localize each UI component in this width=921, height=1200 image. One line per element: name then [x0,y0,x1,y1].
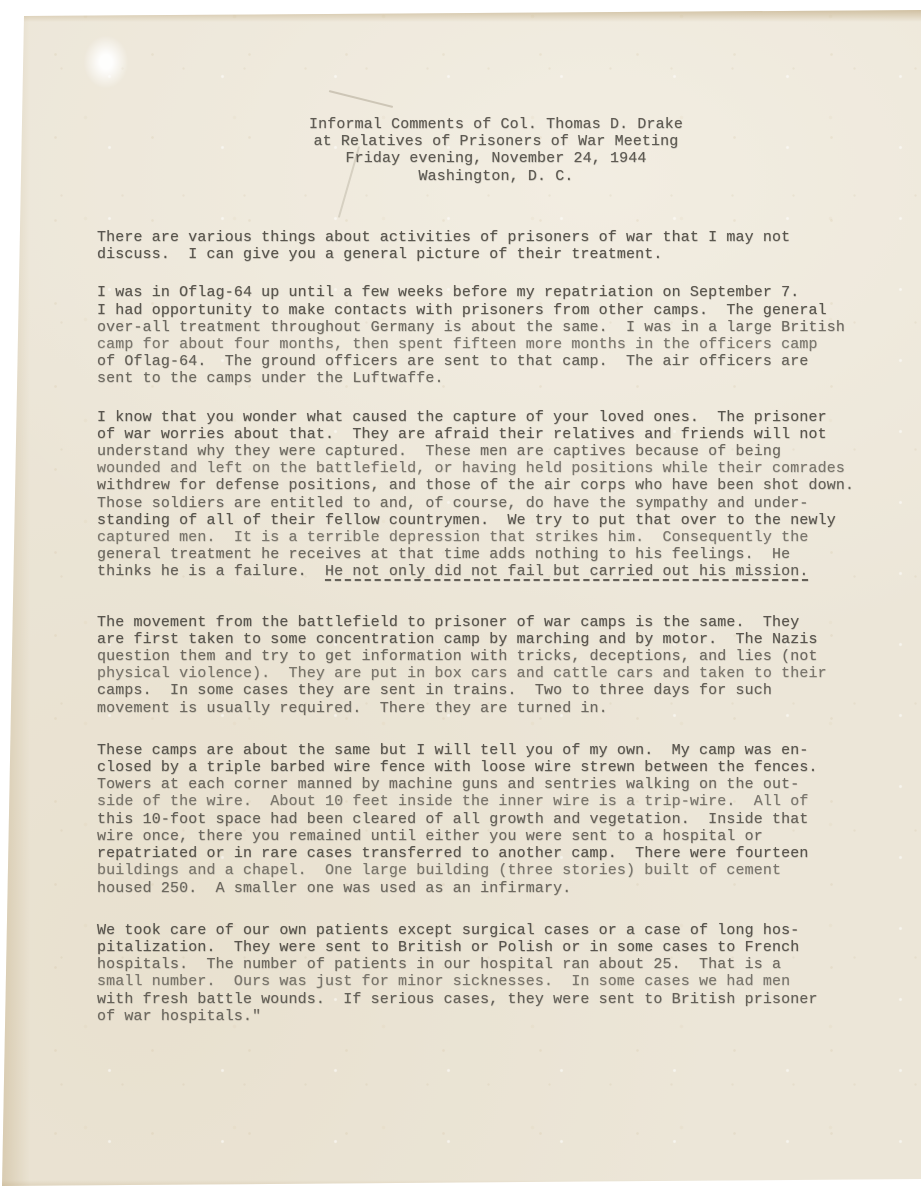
text-line: Towers at each corner manned by machine … [97,776,887,793]
text-line: I had opportunity to make contacts with … [97,302,887,319]
text-line: understand why they were captured. These… [97,443,887,460]
paper-sheet: Informal Comments of Col. Thomas D. Drak… [0,0,921,1200]
title-line: Informal Comments of Col. Thomas D. Drak… [135,116,857,133]
text-line: standing of all of their fellow countrym… [97,512,887,529]
text-line: hospitals. The number of patients in our… [97,956,887,973]
text-line: housed 250. A smaller one was used as an… [97,880,887,897]
text-line: are first taken to some concentration ca… [97,631,887,648]
text-line: discuss. I can give you a general pictur… [97,246,887,263]
paper-bottom-edge-shadow [0,1180,921,1192]
title-line: Friday evening, November 24, 1944 [135,150,857,167]
text-line: captured men. It is a terrible depressio… [97,529,887,546]
text-line: The movement from the battlefield to pri… [97,614,887,631]
text-line: I know that you wonder what caused the c… [97,409,887,426]
title-line: at Relatives of Prisoners of War Meeting [135,133,857,150]
text-line: of war worries about that. They are afra… [97,426,887,443]
text-line: this 10-foot space had been cleared of a… [97,811,887,828]
title-line: Washington, D. C. [135,168,857,185]
text-line: camp for about four months, then spent f… [97,336,887,353]
text-line: over-all treatment throughout Germany is… [97,319,887,336]
paragraph: There are various things about activitie… [97,229,887,263]
text-line: camps. In some cases they are sent in tr… [97,682,887,699]
text-line: with fresh battle wounds. If serious cas… [97,991,887,1008]
text-line: withdrew for defense positions, and thos… [97,477,887,494]
paragraph: We took care of our own patients except … [97,922,887,1025]
text-line: repatriated or in rare cases transferred… [97,845,887,862]
text-line: question them and try to get information… [97,648,887,665]
scan-scratch-artifact [329,90,393,107]
paragraph: These camps are about the same but I wil… [97,742,887,897]
text-line: wire once, there you remained until eith… [97,828,887,845]
text-line: These camps are about the same but I wil… [97,742,887,759]
underlined-text: He not only did not fail but carried out… [325,563,808,580]
document-title: Informal Comments of Col. Thomas D. Drak… [97,116,857,185]
paragraph: I know that you wonder what caused the c… [97,409,887,581]
text-line: side of the wire. About 10 feet inside t… [97,793,887,810]
paragraph: The movement from the battlefield to pri… [97,614,887,717]
text-line: pitalization. They were sent to British … [97,939,887,956]
text-line: general treatment he receives at that ti… [97,546,887,563]
paragraph: I was in Oflag-64 up until a few weeks b… [97,284,887,387]
text-line: physical violence). They are put in box … [97,665,887,682]
scan-white-spot-artifact [84,36,128,88]
text-line: closed by a triple barbed wire fence wit… [97,759,887,776]
text-line: I was in Oflag-64 up until a few weeks b… [97,284,887,301]
text-line: sent to the camps under the Luftwaffe. [97,370,887,387]
text-line: buildings and a chapel. One large buildi… [97,862,887,879]
text-segment: thinks he is a failure. [97,563,325,580]
scanned-page: Informal Comments of Col. Thomas D. Drak… [0,0,921,1200]
text-line: Those soldiers are entitled to and, of c… [97,495,887,512]
text-line: There are various things about activitie… [97,229,887,246]
text-line: small number. Ours was just for minor si… [97,973,887,990]
text-line: We took care of our own patients except … [97,922,887,939]
text-line: thinks he is a failure. He not only did … [97,563,887,580]
paper-left-edge-shadow [0,0,30,1200]
text-line: of Oflag-64. The ground officers are sen… [97,353,887,370]
text-line: movement is usually required. There they… [97,700,887,717]
text-line: wounded and left on the battlefield, or … [97,460,887,477]
text-line: of war hospitals." [97,1008,887,1025]
paper-top-edge-shadow [0,8,921,22]
document-body: There are various things about activitie… [97,229,887,1046]
